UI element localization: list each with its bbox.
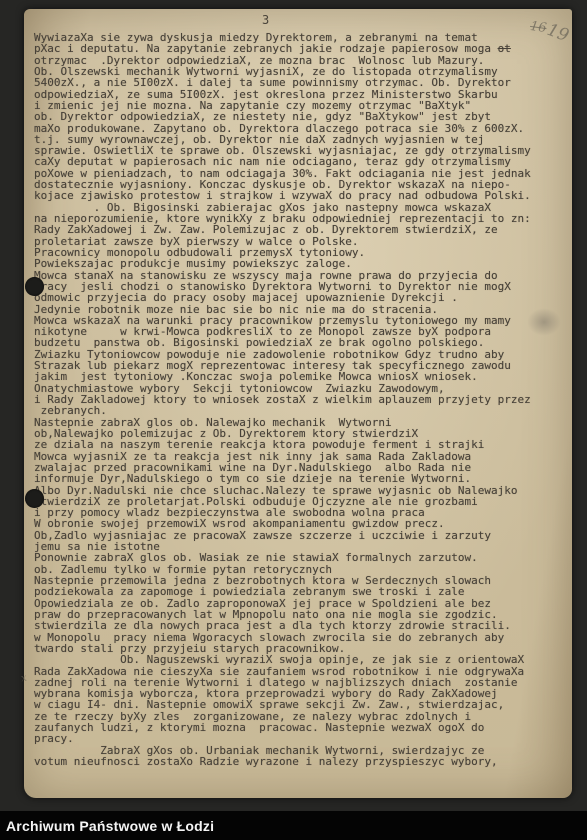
text-line: Powiekszajac produkcje musimy powiekszyc…	[34, 258, 564, 269]
text-line: i Rady Zakladowej ktory to wniosek zosta…	[34, 394, 564, 405]
text-line: Ob. Naguszewski wyraziX swoja opinje, ze…	[34, 654, 564, 665]
text-line: pXac i deputatu. Na zapytanie zebranych …	[34, 43, 564, 54]
ink-smudge	[527, 308, 561, 336]
text-line: ob. Dyrektor odpowiedziaX, ze niestety n…	[34, 111, 564, 122]
text-line: pracy.	[34, 733, 564, 744]
text-line: podziekowala za zapomoge i powiedziala z…	[34, 586, 564, 597]
text-line: Ponownie zabraX glos ob. Wasiak ze nie s…	[34, 552, 564, 563]
archive-footer-label: Archiwum Państwowe w Łodzi	[0, 818, 214, 834]
archive-footer: Archiwum Państwowe w Łodzi	[0, 811, 587, 840]
text-line: votum nieufnosci zostaXo Radzie wyrazone…	[34, 756, 564, 767]
pencil-margin-mark: x	[20, 673, 28, 685]
document-page: 3 16 19 x WywiazaXa sie zywa dyskusja mi…	[24, 9, 572, 798]
punch-hole	[25, 489, 44, 508]
text-line: zaufanych ludzi, z ktorymi mozna pracowa…	[34, 722, 564, 733]
page-number: 3	[262, 13, 270, 27]
text-line: 5400zX., a nie 5I00zX. i dalej ta sume p…	[34, 77, 564, 88]
text-line: Rady ZakXadowej i Zw. Zaw. Polemizujac z…	[34, 224, 564, 235]
text-line: odmowic przyjecia do pracy osoby majacej…	[34, 292, 564, 303]
punch-hole	[25, 277, 44, 296]
scan-background: 3 16 19 x WywiazaXa sie zywa dyskusja mi…	[0, 0, 587, 840]
text-line: stwierdzila ze dla nowych praca jest a d…	[34, 620, 564, 631]
text-line: ze dziala na naszym terenie reakcja ktor…	[34, 439, 564, 450]
text-line: kojace zjawisko protestow i strajkow i w…	[34, 190, 564, 201]
typewritten-text: WywiazaXa sie zywa dyskusja miedzy Dyrek…	[34, 32, 564, 767]
text-line: informuje Dyr,Nadulskiego o tym co sie d…	[34, 473, 564, 484]
text-line: zebranych.	[34, 405, 564, 416]
struck-word: ot	[498, 42, 511, 55]
text-line: jakim jest tytoniowy .Konczac swoja pole…	[34, 371, 564, 382]
